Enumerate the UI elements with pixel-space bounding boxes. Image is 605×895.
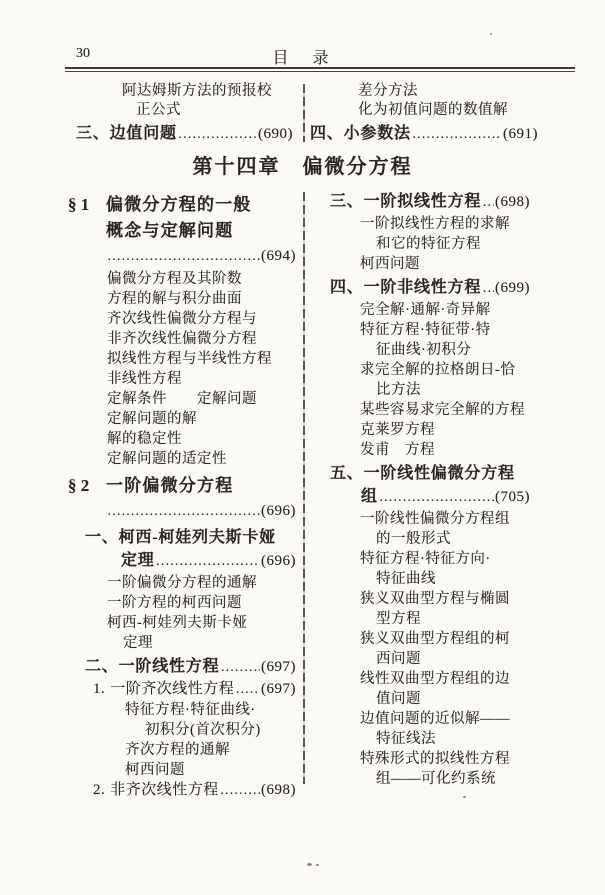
- toc-entry-text: 齐次线性偏微分方程与: [107, 309, 257, 329]
- toc-entry-text: 型方程: [376, 609, 421, 629]
- toc-line: 特征方程·特征曲线·: [68, 700, 296, 720]
- toc-line: 偏微分方程及其阶数: [68, 269, 296, 289]
- toc-dot-leader: ……………………………………: [379, 486, 494, 509]
- toc-entry-text: 方程的解与积分曲面: [107, 289, 242, 309]
- toc-entry-text: 初积分(首次积分): [145, 720, 261, 740]
- toc-entry-text: 柯西-柯娃列夫斯卡娅: [107, 613, 247, 633]
- toc-entry-text: 偏微分方程的一般: [106, 192, 252, 218]
- toc-entry-text: 征曲线·初积分: [376, 340, 471, 360]
- toc-entry-text: 偏微分方程及其阶数: [107, 269, 242, 289]
- toc-entry-prefix: 四、: [310, 122, 344, 145]
- toc-line: 线性双曲型方程组的边: [330, 669, 530, 689]
- page-header-title: 目 录: [0, 45, 605, 68]
- toc-line: 概念与定解问题: [68, 218, 296, 244]
- toc-line: 一阶方程的柯西问题: [68, 593, 296, 613]
- toc-entry-text: 柯西问题: [125, 760, 185, 780]
- toc-entry-text: 狭义双曲型方程组的柯: [360, 629, 510, 649]
- toc-line: 正公式: [76, 101, 293, 120]
- toc-entry-prefix: 四、: [330, 276, 364, 299]
- toc-line: 特殊形式的拟线性方程: [330, 749, 530, 769]
- toc-entry-prefix: § 1: [68, 192, 106, 218]
- header-double-rule: [65, 67, 575, 72]
- toc-entry-text: 概念与定解问题: [106, 218, 233, 244]
- toc-entry-text: 边值问题: [110, 122, 177, 145]
- toc-entry-prefix: 2.: [93, 780, 105, 801]
- toc-line: 三、一阶拟线性方程…………(698): [330, 190, 530, 214]
- toc-line: 值问题: [330, 689, 530, 709]
- toc-page-ref: (696): [261, 550, 296, 573]
- toc-entry-prefix: 二、: [85, 655, 119, 678]
- toc-entry-text: 组——可化约系统: [376, 769, 496, 789]
- toc-entry-text: 边值问题的近似解——: [360, 709, 510, 729]
- toc-line: 柯西问题: [330, 254, 530, 274]
- toc-entry-text: 化为初值问题的数值解: [358, 101, 508, 120]
- toc-line: 特征方程·特征带·特: [330, 320, 530, 340]
- toc-line: 一、柯西-柯娃列夫斯卡娅: [68, 526, 296, 549]
- toc-page-ref: (698): [495, 191, 530, 214]
- toc-line: 组——可化约系统: [330, 769, 530, 789]
- rule-bottom: [65, 71, 575, 72]
- toc-entry-prefix: 三、: [330, 190, 364, 213]
- toc-line: 特征方程·特征方向·: [330, 549, 530, 569]
- toc-line: 定解问题的解: [68, 409, 296, 429]
- chapter-toc-entries: § 1偏微分方程的一般概念与定解问题………………………………………(694)偏微…: [0, 188, 605, 801]
- toc-entry-prefix: 三、: [76, 122, 110, 145]
- toc-entry-text: 特征方程·特征带·特: [360, 320, 491, 340]
- toc-entry-text: 差分方法: [358, 82, 418, 101]
- toc-dot-leader: ………………………………………: [107, 244, 260, 269]
- toc-line: 和它的特征方程: [330, 234, 530, 254]
- toc-entry-text: 特征方程·特征方向·: [360, 549, 491, 569]
- toc-line: 特征线法: [330, 729, 530, 749]
- toc-entry-text: 非齐次线性方程: [110, 780, 219, 801]
- toc-line: 齐次线性偏微分方程与: [68, 309, 296, 329]
- toc-line: 非齐次线性偏微分方程: [68, 329, 296, 349]
- toc-line: 定理………………………………(696): [68, 549, 296, 573]
- toc-entry-text: 柯西问题: [360, 254, 420, 274]
- rule-top: [65, 67, 575, 69]
- toc-dot-leader: ………………………: [220, 656, 260, 679]
- toc-entry-text: 一阶方程的柯西问题: [107, 593, 242, 613]
- toc-entry-text: 一阶拟线性方程的求解: [360, 214, 510, 234]
- toc-line: 边值问题的近似解——: [330, 709, 530, 729]
- toc-line: ………………………………………(696): [68, 499, 296, 524]
- toc-line: § 1偏微分方程的一般: [68, 192, 296, 218]
- toc-entry-text: 线性双曲型方程组的边: [360, 669, 510, 689]
- toc-page-ref: (694): [261, 244, 296, 269]
- toc-line: 的一般形式: [330, 529, 530, 549]
- toc-dot-leader: ………………………………: [412, 123, 502, 146]
- toc-entry-prefix: 1.: [93, 679, 105, 700]
- toc-entry-text: 定解问题的解: [107, 409, 197, 429]
- toc-line: 一阶线性偏微分方程组: [330, 509, 530, 529]
- toc-line: 化为初值问题的数值解: [310, 101, 538, 120]
- toc-entry-text: 一阶齐次线性方程: [110, 679, 234, 700]
- toc-page-ref: (697): [261, 679, 296, 700]
- toc-line: 五、一阶线性偏微分方程: [330, 462, 530, 485]
- toc-entry-text: 一阶线性偏微分方程: [364, 462, 515, 485]
- toc-entry-text: 非线性方程: [107, 369, 182, 389]
- toc-line: 发甫 方程: [330, 440, 530, 460]
- toc-entry-text: 组: [361, 485, 378, 508]
- scan-speck: [463, 796, 466, 798]
- toc-line: 方程的解与积分曲面: [68, 289, 296, 309]
- toc-dot-leader: ………………………………………: [107, 499, 260, 524]
- toc-entry-text: 一阶线性偏微分方程组: [360, 509, 510, 529]
- toc-entry-prefix: 一、: [85, 526, 119, 549]
- toc-entry-text: 正公式: [136, 101, 181, 120]
- toc-entry-text: 西问题: [376, 649, 421, 669]
- toc-line: 求完全解的拉格朗日-恰: [330, 360, 530, 380]
- toc-entry-text: 特征方程·特征曲线·: [125, 700, 256, 720]
- toc-line: 齐次方程的通解: [68, 740, 296, 760]
- toc-line: 阿达姆斯方法的预报校: [76, 82, 293, 101]
- toc-line: 狭义双曲型方程组的柯: [330, 629, 530, 649]
- toc-entry-text: 非齐次线性偏微分方程: [107, 329, 257, 349]
- toc-dot-leader: ………………………………: [156, 550, 260, 573]
- toc-dot-leader: …………: [220, 780, 260, 801]
- toc-line: 定解问题的适定性: [68, 449, 296, 469]
- toc-line: § 2一阶偏微分方程: [68, 473, 296, 499]
- chapter-title: 第十四章 偏微分方程: [0, 150, 605, 179]
- toc-line: 三、边值问题………………………………(690): [76, 122, 293, 146]
- toc-line: 二、一阶线性方程………………………(697): [68, 655, 296, 679]
- toc-page-ref: (699): [495, 277, 530, 300]
- toc-line: 初积分(首次积分): [68, 720, 296, 740]
- toc-entry-text: 定理: [123, 633, 153, 653]
- scan-speck: [490, 33, 492, 35]
- toc-entry-text: 特征曲线: [376, 569, 436, 589]
- toc-entry-text: 特征线法: [376, 729, 436, 749]
- toc-entry-text: 发甫 方程: [360, 440, 435, 460]
- scan-speck: [307, 863, 312, 866]
- toc-column-right: 差分方法化为初值问题的数值解四、小参数法………………………………(691): [310, 82, 538, 146]
- toc-dot-leader: …………: [482, 277, 494, 300]
- toc-entry-text: 值问题: [376, 689, 421, 709]
- toc-entry-text: 定解条件 定解问题: [107, 389, 257, 409]
- toc-line: 定理: [68, 633, 296, 653]
- toc-line: 组……………………………………(705): [330, 485, 530, 509]
- toc-line: 拟线性方程与半线性方程: [68, 349, 296, 369]
- toc-line: 比方法: [330, 380, 530, 400]
- toc-line: 某些容易求完全解的方程: [330, 400, 530, 420]
- toc-page-ref: (697): [261, 656, 296, 679]
- toc-entry-text: 一阶拟线性方程: [364, 190, 482, 213]
- toc-line: 解的稳定性: [68, 429, 296, 449]
- toc-entry-text: 某些容易求完全解的方程: [360, 400, 525, 420]
- toc-entry-text: 和它的特征方程: [376, 234, 481, 254]
- toc-line: 非线性方程: [68, 369, 296, 389]
- toc-line: 一阶拟线性方程的求解: [330, 214, 530, 234]
- toc-entry-text: 克莱罗方程: [360, 420, 435, 440]
- toc-line: 柯西问题: [68, 760, 296, 780]
- toc-entry-text: 小参数法: [344, 122, 411, 145]
- toc-entry-text: 一阶偏微分方程: [106, 473, 233, 499]
- toc-entry-text: 求完全解的拉格朗日-恰: [360, 360, 515, 380]
- toc-entry-text: 阿达姆斯方法的预报校: [122, 82, 272, 101]
- toc-line: 四、小参数法………………………………(691): [310, 122, 538, 146]
- toc-line: 西问题: [330, 649, 530, 669]
- toc-entry-text: 柯西-柯娃列夫斯卡娅: [119, 526, 276, 549]
- toc-line: 2.非齐次线性方程…………(698): [68, 780, 296, 801]
- toc-line: 一阶偏微分方程的通解: [68, 573, 296, 593]
- toc-line: 特征曲线: [330, 569, 530, 589]
- toc-entry-text: 的一般形式: [376, 529, 451, 549]
- toc-page-ref: (696): [261, 499, 296, 524]
- toc-entry-text: 定解问题的适定性: [107, 449, 227, 469]
- toc-entry-text: 一阶偏微分方程的通解: [107, 573, 257, 593]
- toc-line: 型方程: [330, 609, 530, 629]
- toc-entry-text: 拟线性方程与半线性方程: [107, 349, 272, 369]
- toc-column-right: 三、一阶拟线性方程…………(698)一阶拟线性方程的求解和它的特征方程柯西问题四…: [330, 188, 530, 801]
- toc-dot-leader: ………: [235, 679, 260, 700]
- toc-entry-text: 一阶线性方程: [119, 655, 220, 678]
- toc-page-ref: (698): [261, 780, 296, 801]
- toc-line: 征曲线·初积分: [330, 340, 530, 360]
- toc-dot-leader: ………………………………: [178, 123, 257, 146]
- toc-line: 四、一阶非线性方程…………(699): [330, 276, 530, 300]
- toc-entry-prefix: 五、: [330, 462, 364, 485]
- previous-chapter-entries: 阿达姆斯方法的预报校正公式三、边值问题………………………………(690) 差分方…: [0, 82, 605, 146]
- toc-entry-text: 比方法: [376, 380, 421, 400]
- toc-entry-text: 齐次方程的通解: [125, 740, 230, 760]
- toc-entry-text: 特殊形式的拟线性方程: [360, 749, 510, 769]
- toc-line: 1.一阶齐次线性方程………(697): [68, 679, 296, 700]
- toc-line: 克莱罗方程: [330, 420, 530, 440]
- toc-entry-text: 解的稳定性: [107, 429, 182, 449]
- toc-line: 差分方法: [310, 82, 538, 101]
- toc-entry-text: 完全解·通解·奇异解: [360, 300, 491, 320]
- toc-line: ………………………………………(694): [68, 244, 296, 269]
- toc-column-left: § 1偏微分方程的一般概念与定解问题………………………………………(694)偏微…: [68, 188, 296, 801]
- toc-page-ref: (705): [495, 486, 530, 509]
- toc-page-ref: (691): [503, 123, 538, 146]
- toc-page-ref: (690): [258, 123, 293, 146]
- toc-line: 完全解·通解·奇异解: [330, 300, 530, 320]
- toc-line: 狭义双曲型方程与椭圆: [330, 589, 530, 609]
- scan-speck: [316, 864, 319, 866]
- toc-line: 定解条件 定解问题: [68, 389, 296, 409]
- toc-dot-leader: …………: [482, 191, 494, 214]
- toc-entry-text: 狭义双曲型方程与椭圆: [360, 589, 510, 609]
- toc-entry-prefix: § 2: [68, 473, 106, 499]
- toc-entry-text: 定理: [121, 549, 155, 572]
- toc-entry-text: 一阶非线性方程: [364, 276, 482, 299]
- toc-line: 柯西-柯娃列夫斯卡娅: [68, 613, 296, 633]
- toc-column-left: 阿达姆斯方法的预报校正公式三、边值问题………………………………(690): [76, 82, 293, 146]
